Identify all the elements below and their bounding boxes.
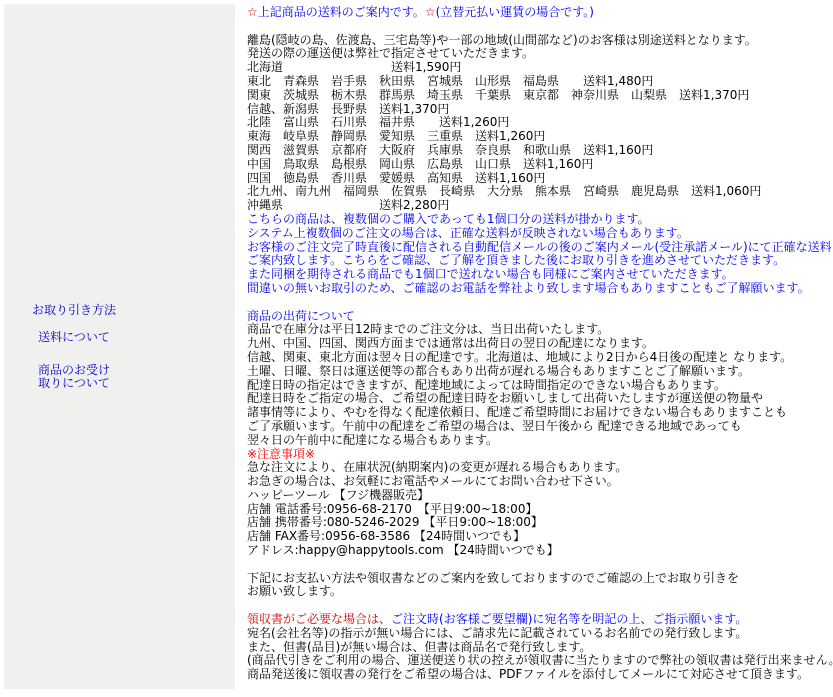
text-line: お願い致します。 [247,585,831,599]
text-line: 沖縄県 送料2,280円 [247,199,831,213]
text-line: 中国 鳥取県 島根県 岡山県 広島県 山口県 送料1,160円 [247,158,831,172]
text-line: 北海道 送料1,590円 [247,61,831,75]
blank-line [247,558,831,572]
text-line: 東海 岐阜県 静岡県 愛知県 三重県 送料1,260円 [247,130,831,144]
sidebar: お取り引き方法送料について商品のお受け 取りについて [4,4,235,689]
text-line: 領収書がご必要な場合は、ご注文時(お客様ご要望欄)に宛名等を明記の上、ご指示願い… [247,613,831,627]
text-line: ハッピーツール 【フジ機器販売】 [247,489,831,503]
sidebar-nav: お取り引き方法送料について商品のお受け 取りについて [4,4,144,391]
text-line: 信越、関東、東北方面は翌々日の配達です。北海道は、地域により2日から4日後の配達… [247,351,831,365]
sidebar-item-receiving-goods[interactable]: 商品のお受け 取りについて [4,364,144,392]
text-line: 間違いの無いお取引のため、ご確認のお電話を弊社より致します場合もありますこともご… [247,282,831,296]
text-line: システム上複数個のご注文の場合は、正確な送料が反映されない場合もあります。 [247,227,831,241]
text-line: こちらの商品は、複数個のご購入であっても1個口分の送料が掛かります。 [247,213,831,227]
text-line: お急ぎの場合は、お気軽にお電話やメールにてお問い合わせ下さい。 [247,475,831,489]
blank-line [247,296,831,310]
text-line: 店舗 FAX番号:0956-68-3586 【24時間いつでも】 [247,530,831,544]
text-line: 関西 滋賀県 京都府 大阪府 兵庫県 奈良県 和歌山県 送料1,160円 [247,144,831,158]
text-line: 東北 青森県 岩手県 秋田県 宮城県 山形県 福島県 送料1,480円 [247,75,831,89]
page-title: ☆上記商品の送料のご案内です。☆(立替元払い運賃の場合です。) [247,6,831,20]
text-line: 諸事情等により、やむを得なく配達依頼日、配達ご希望時間にお届けできない場合もあり… [247,406,831,420]
blank-line [247,20,831,34]
text-line: 翌々日の午前中に配達になる場合もあります。 [247,434,831,448]
text-line: ご了承願います。午前中の配達をご希望の場合は、翌日午後から 配達できる地域であっ… [247,420,831,434]
text-line: 商品発送後に領収書の発行をご希望の場合は、PDFファイルを添付してメールにて対応… [247,668,831,682]
text-line: 土曜、日曜、祭日は運送便等の都合もあり出荷が遅れる場合もありますことご了解願いま… [247,365,831,379]
text-line: また同梱を期待される商品でも1個口で送れない場合も同様にご案内させていただきます… [247,268,831,282]
text-line: 宛名(会社名等)の指示が無い場合には、ご請求先に記載されているお名前での発行致し… [247,627,831,641]
sidebar-item-shipping-info[interactable]: 送料について [4,331,144,345]
main-content: ☆上記商品の送料のご案内です。☆(立替元払い運賃の場合です。) 離島(隠岐の島、… [247,6,831,682]
text-line: アドレス:happy@happytools.com 【24時間いつでも】 [247,544,831,558]
sidebar-item-transaction-method[interactable]: お取り引き方法 [4,304,144,318]
text-line: 関東 茨城県 栃木県 群馬県 埼玉県 千葉県 東京都 神奈川県 山梨県 送料1,… [247,89,831,103]
blank-line [247,599,831,613]
text-line: 九州、中国、四国、関西方面までは通常は出荷日の翌日の配達になります。 [247,337,831,351]
